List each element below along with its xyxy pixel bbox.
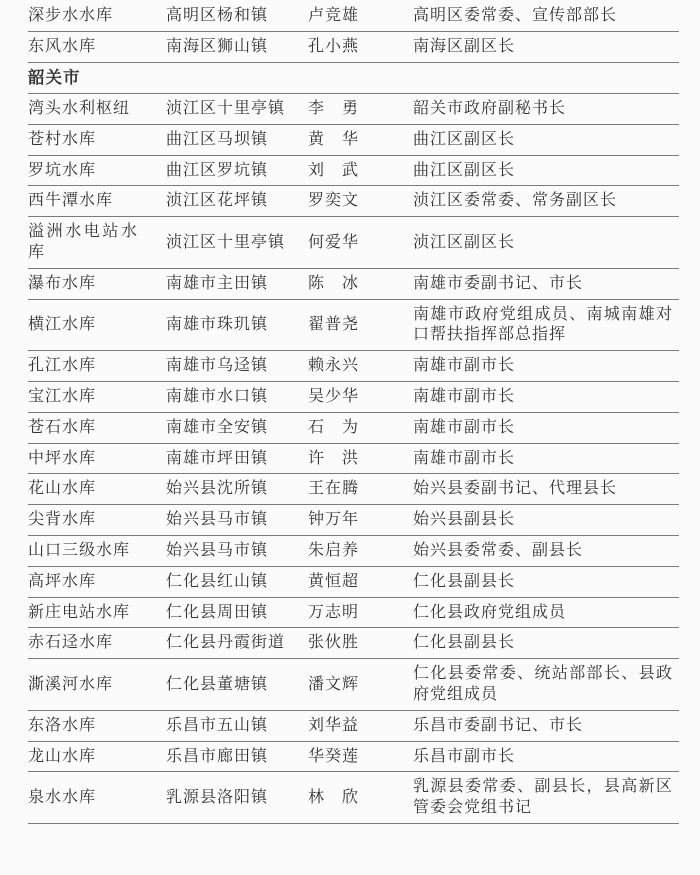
title-cell: 曲江区副区长 [413, 124, 679, 155]
location-cell: 南雄市主田镇 [166, 268, 308, 299]
person-cell: 钟万年 [308, 505, 413, 536]
location-cell: 南雄市水口镇 [166, 382, 308, 413]
location-cell: 仁化县红山镇 [166, 566, 308, 597]
table-row: 东洛水库乐昌市五山镇刘华益乐昌市委副书记、市长 [28, 710, 679, 741]
table-row: 苍村水库曲江区马坝镇黄 华曲江区副区长 [28, 124, 679, 155]
location-cell: 南海区狮山镇 [166, 31, 308, 62]
person-cell: 何爱华 [308, 217, 413, 269]
title-cell: 南雄市委副书记、市长 [413, 268, 679, 299]
reservoir-cell: 新庄电站水库 [28, 597, 166, 628]
section-row: 韶关市 [28, 62, 679, 93]
location-cell: 浈江区花坪镇 [166, 186, 308, 217]
title-cell: 乐昌市副市长 [413, 741, 679, 772]
table-row: 泉水水库乳源县洛阳镇林 欣乳源县委常委、副县长，县高新区管委会党组书记 [28, 772, 679, 824]
person-cell: 石 为 [308, 412, 413, 443]
table-row: 溢洲水电站水库浈江区十里亭镇何爱华浈江区副区长 [28, 217, 679, 269]
table-row: 花山水库始兴县沈所镇王在腾始兴县委副书记、代理县长 [28, 474, 679, 505]
title-cell: 南雄市副市长 [413, 351, 679, 382]
reservoir-cell: 横江水库 [28, 299, 166, 351]
table-row: 尖背水库始兴县马市镇钟万年始兴县副县长 [28, 505, 679, 536]
title-cell: 韶关市政府副秘书长 [413, 94, 679, 125]
location-cell: 南雄市珠玑镇 [166, 299, 308, 351]
reservoir-cell: 苍村水库 [28, 124, 166, 155]
reservoir-cell: 瀑布水库 [28, 268, 166, 299]
reservoir-cell: 溢洲水电站水库 [28, 217, 166, 269]
location-cell: 仁化县董塘镇 [166, 659, 308, 711]
table-row: 深步水水库高明区杨和镇卢竞雄高明区委常委、宣传部部长 [28, 1, 679, 31]
location-cell: 浈江区十里亭镇 [166, 217, 308, 269]
person-cell: 李 勇 [308, 94, 413, 125]
table-row: 横江水库南雄市珠玑镇翟普尧南雄市政府党组成员、南城南雄对口帮扶指挥部总指挥 [28, 299, 679, 351]
table-row: 西牛潭水库浈江区花坪镇罗奕文浈江区委常委、常务副区长 [28, 186, 679, 217]
person-cell: 华癸莲 [308, 741, 413, 772]
table-row: 罗坑水库曲江区罗坑镇刘 武曲江区副区长 [28, 155, 679, 186]
reservoir-cell: 西牛潭水库 [28, 186, 166, 217]
location-cell: 浈江区十里亭镇 [166, 94, 308, 125]
title-cell: 南雄市副市长 [413, 412, 679, 443]
table-row: 新庄电站水库仁化县周田镇万志明仁化县政府党组成员 [28, 597, 679, 628]
reservoir-cell: 宝江水库 [28, 382, 166, 413]
title-cell: 仁化县副县长 [413, 566, 679, 597]
location-cell: 仁化县丹霞街道 [166, 628, 308, 659]
person-cell: 潘文辉 [308, 659, 413, 711]
reservoir-cell: 泉水水库 [28, 772, 166, 824]
table-row: 宝江水库南雄市水口镇吴少华南雄市副市长 [28, 382, 679, 413]
location-cell: 南雄市乌迳镇 [166, 351, 308, 382]
person-cell: 朱启养 [308, 535, 413, 566]
location-cell: 始兴县马市镇 [166, 505, 308, 536]
location-cell: 乳源县洛阳镇 [166, 772, 308, 824]
title-cell: 南雄市副市长 [413, 443, 679, 474]
title-cell: 南雄市副市长 [413, 382, 679, 413]
title-cell: 始兴县委副书记、代理县长 [413, 474, 679, 505]
title-cell: 浈江区委常委、常务副区长 [413, 186, 679, 217]
reservoir-cell: 赤石迳水库 [28, 628, 166, 659]
person-cell: 张伙胜 [308, 628, 413, 659]
person-cell: 吴少华 [308, 382, 413, 413]
table-row: 高坪水库仁化县红山镇黄恒超仁化县副县长 [28, 566, 679, 597]
table-row: 苍石水库南雄市全安镇石 为南雄市副市长 [28, 412, 679, 443]
reservoir-cell: 东洛水库 [28, 710, 166, 741]
person-cell: 黄恒超 [308, 566, 413, 597]
location-cell: 始兴县沈所镇 [166, 474, 308, 505]
table-row: 龙山水库乐昌市廊田镇华癸莲乐昌市副市长 [28, 741, 679, 772]
reservoir-cell: 深步水水库 [28, 1, 166, 31]
reservoir-cell: 龙山水库 [28, 741, 166, 772]
location-cell: 乐昌市五山镇 [166, 710, 308, 741]
title-cell: 高明区委常委、宣传部部长 [413, 1, 679, 31]
reservoir-cell: 罗坑水库 [28, 155, 166, 186]
location-cell: 曲江区马坝镇 [166, 124, 308, 155]
person-cell: 万志明 [308, 597, 413, 628]
title-cell: 乐昌市委副书记、市长 [413, 710, 679, 741]
table-row: 孔江水库南雄市乌迳镇赖永兴南雄市副市长 [28, 351, 679, 382]
table-row: 赤石迳水库仁化县丹霞街道张伙胜仁化县副县长 [28, 628, 679, 659]
location-cell: 仁化县周田镇 [166, 597, 308, 628]
person-cell: 罗奕文 [308, 186, 413, 217]
title-cell: 仁化县委常委、统站部部长、县政府党组成员 [413, 659, 679, 711]
table-row: 瀑布水库南雄市主田镇陈 冰南雄市委副书记、市长 [28, 268, 679, 299]
reservoir-cell: 孔江水库 [28, 351, 166, 382]
person-cell: 陈 冰 [308, 268, 413, 299]
document-page: 深步水水库高明区杨和镇卢竞雄高明区委常委、宣传部部长东风水库南海区狮山镇孔小燕南… [0, 0, 700, 824]
location-cell: 南雄市全安镇 [166, 412, 308, 443]
person-cell: 王在腾 [308, 474, 413, 505]
reservoir-table: 深步水水库高明区杨和镇卢竞雄高明区委常委、宣传部部长东风水库南海区狮山镇孔小燕南… [28, 1, 679, 824]
reservoir-cell: 尖背水库 [28, 505, 166, 536]
reservoir-cell: 苍石水库 [28, 412, 166, 443]
title-cell: 仁化县副县长 [413, 628, 679, 659]
person-cell: 刘 武 [308, 155, 413, 186]
title-cell: 始兴县副县长 [413, 505, 679, 536]
location-cell: 曲江区罗坑镇 [166, 155, 308, 186]
reservoir-cell: 湾头水利枢纽 [28, 94, 166, 125]
reservoir-cell: 山口三级水库 [28, 535, 166, 566]
table-row: 湾头水利枢纽浈江区十里亭镇李 勇韶关市政府副秘书长 [28, 94, 679, 125]
location-cell: 始兴县马市镇 [166, 535, 308, 566]
reservoir-cell: 中坪水库 [28, 443, 166, 474]
location-cell: 高明区杨和镇 [166, 1, 308, 31]
person-cell: 孔小燕 [308, 31, 413, 62]
title-cell: 浈江区副区长 [413, 217, 679, 269]
table-row: 澌溪河水库仁化县董塘镇潘文辉仁化县委常委、统站部部长、县政府党组成员 [28, 659, 679, 711]
person-cell: 翟普尧 [308, 299, 413, 351]
title-cell: 始兴县委常委、副县长 [413, 535, 679, 566]
person-cell: 许 洪 [308, 443, 413, 474]
table-row: 中坪水库南雄市坪田镇许 洪南雄市副市长 [28, 443, 679, 474]
reservoir-cell: 高坪水库 [28, 566, 166, 597]
reservoir-cell: 花山水库 [28, 474, 166, 505]
table-row: 东风水库南海区狮山镇孔小燕南海区副区长 [28, 31, 679, 62]
person-cell: 卢竞雄 [308, 1, 413, 31]
reservoir-table-body: 深步水水库高明区杨和镇卢竞雄高明区委常委、宣传部部长东风水库南海区狮山镇孔小燕南… [28, 1, 679, 823]
person-cell: 林 欣 [308, 772, 413, 824]
location-cell: 南雄市坪田镇 [166, 443, 308, 474]
title-cell: 仁化县政府党组成员 [413, 597, 679, 628]
reservoir-cell: 澌溪河水库 [28, 659, 166, 711]
person-cell: 赖永兴 [308, 351, 413, 382]
title-cell: 南海区副区长 [413, 31, 679, 62]
table-row: 山口三级水库始兴县马市镇朱启养始兴县委常委、副县长 [28, 535, 679, 566]
section-label: 韶关市 [28, 62, 679, 93]
title-cell: 南雄市政府党组成员、南城南雄对口帮扶指挥部总指挥 [413, 299, 679, 351]
person-cell: 黄 华 [308, 124, 413, 155]
person-cell: 刘华益 [308, 710, 413, 741]
reservoir-cell: 东风水库 [28, 31, 166, 62]
title-cell: 曲江区副区长 [413, 155, 679, 186]
location-cell: 乐昌市廊田镇 [166, 741, 308, 772]
title-cell: 乳源县委常委、副县长，县高新区管委会党组书记 [413, 772, 679, 824]
